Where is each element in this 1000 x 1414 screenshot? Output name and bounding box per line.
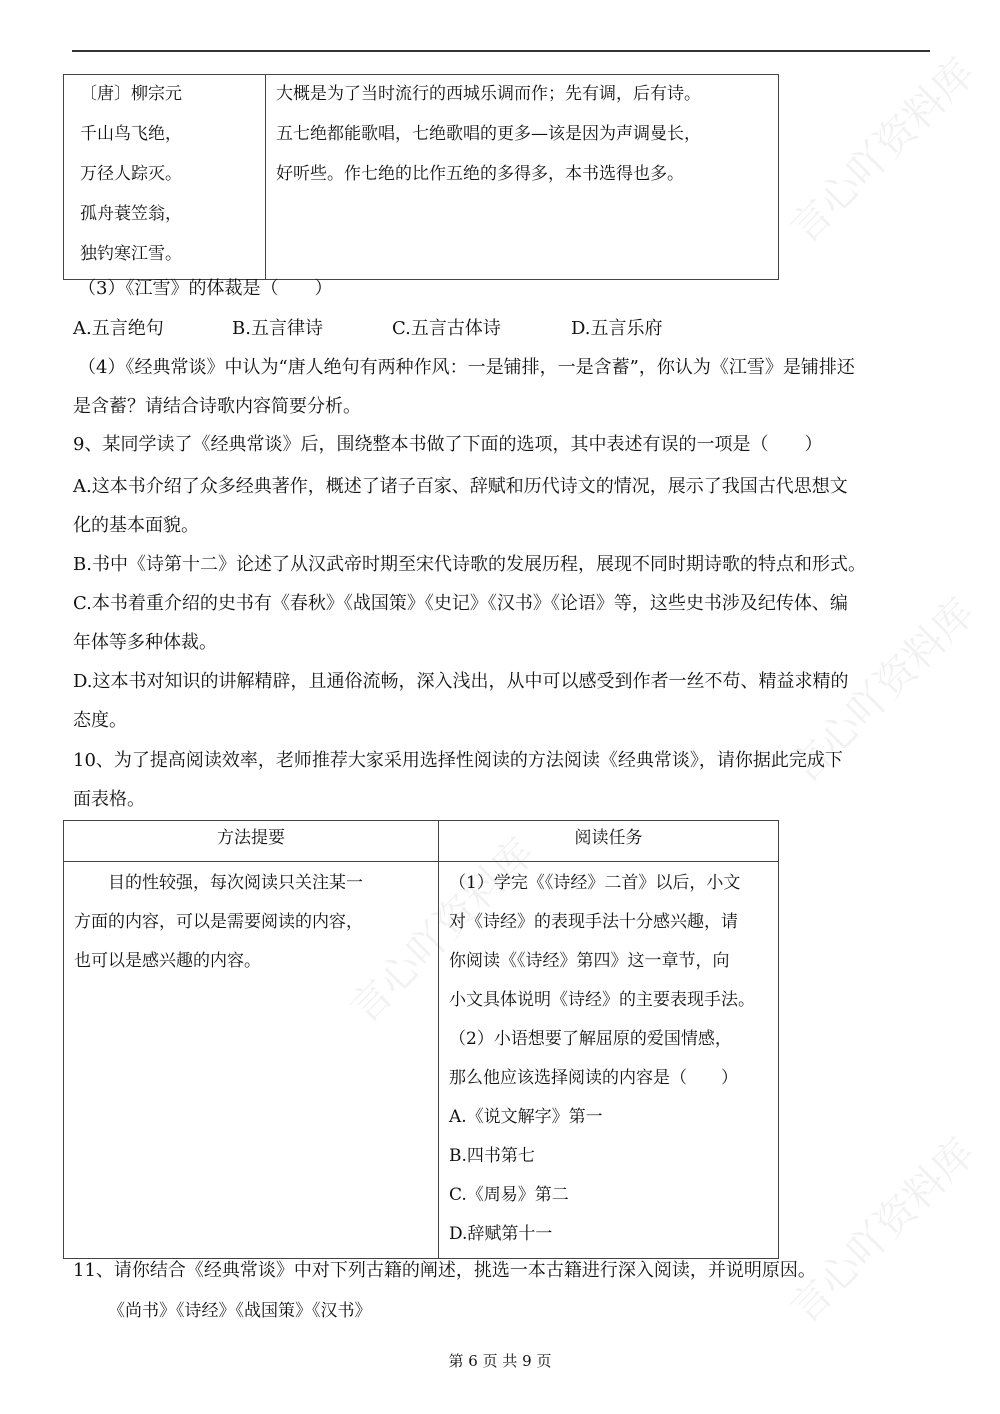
task-option: C.《周易》第二 <box>449 1180 770 1219</box>
question-8-3-options: A.五言绝句B.五言律诗C.五言古体诗D.五言乐府 <box>73 314 663 340</box>
commentary-cell: 大概是为了当时流行的西城乐调而作；先有调，后有诗。 五七绝都能歌唱，七绝歌唱的更… <box>266 75 779 280</box>
table-header-method: 方法提要 <box>64 821 439 862</box>
task-line: 对《诗经》的表现手法十分感兴趣，请 <box>449 907 770 946</box>
task-line: 小文具体说明《诗经》的主要表现手法。 <box>449 985 770 1024</box>
option-b: B.五言律诗 <box>232 314 392 340</box>
question-10-stem: 10、为了提高阅读效率，老师推荐大家采用选择性阅读的方法阅读《经典常谈》，请你据… <box>73 746 843 772</box>
poem-cell: 〔唐〕柳宗元 千山鸟飞绝， 万径人踪灭。 孤舟蓑笠翁， 独钓寒江雪。 <box>64 75 266 280</box>
reading-method-table: 方法提要 阅读任务 目的性较强，每次阅读只关注某一 方面的内容，可以是需要阅读的… <box>63 820 779 1259</box>
question-9-option-c-cont: 年体等多种体裁。 <box>73 628 217 654</box>
task-line: （2）小语想要了解屈原的爱国情感， <box>449 1024 770 1063</box>
question-11-books: 《尚书》《诗经》《战国策》《汉书》 <box>108 1296 372 1321</box>
question-8-3-stem: （3）《江雪》的体裁是（ ） <box>78 274 332 300</box>
task-line: 那么他应该选择阅读的内容是（ ） <box>449 1063 770 1102</box>
poem-line: 千山鸟飞绝， <box>80 119 265 159</box>
table-header-task: 阅读任务 <box>439 821 779 862</box>
task-option: B.四书第七 <box>449 1141 770 1180</box>
question-8-4-line: 是含蓄？请结合诗歌内容简要分析。 <box>73 392 361 418</box>
page-number: 第 6 页 共 9 页 <box>0 1350 1000 1371</box>
task-line: 你阅读《《诗经》第四》这一章节，向 <box>449 946 770 985</box>
option-d: D.五言乐府 <box>571 314 663 340</box>
method-line: 也可以是感兴趣的内容。 <box>74 946 430 985</box>
option-c: C.五言古体诗 <box>392 314 571 340</box>
question-9-option-d-cont: 态度。 <box>73 706 127 732</box>
header-rule <box>72 50 930 52</box>
commentary-line: 好听些。作七绝的比作五绝的多得多，本书选得也多。 <box>276 159 770 199</box>
question-9-option-c: C.本书着重介绍的史书有《春秋》《战国策》《史记》《汉书》《论语》等，这些史书涉… <box>73 589 848 615</box>
question-9-option-d: D.这本书对知识的讲解精辟，且通俗流畅，深入浅出，从中可以感受到作者一丝不苟、精… <box>73 667 849 693</box>
question-9-option-b: B.书中《诗第十二》论述了从汉武帝时期至宋代诗歌的发展历程，展现不同时期诗歌的特… <box>73 550 866 576</box>
question-9-stem: 9、某同学读了《经典常谈》后，围绕整本书做了下面的选项，其中表述有误的一项是（ … <box>73 430 822 456</box>
question-8-4-line: （4）《经典常谈》中认为“唐人绝句有两种作风：一是铺排，一是含蓄”，你认为《江雪… <box>78 353 855 379</box>
question-11-stem: 11、请你结合《经典常谈》中对下列古籍的阐述，挑选一本古籍进行深入阅读，并说明原… <box>73 1256 816 1282</box>
question-9-option-a: A.这本书介绍了众多经典著作，概述了诸子百家、辞赋和历代诗文的情况，展示了我国古… <box>73 472 848 498</box>
watermark: 言心吖资料库 <box>775 1123 985 1333</box>
poem-line: 独钓寒江雪。 <box>80 239 265 279</box>
option-a: A.五言绝句 <box>73 314 232 340</box>
method-cell: 目的性较强，每次阅读只关注某一 方面的内容，可以是需要阅读的内容， 也可以是感兴… <box>64 862 439 1259</box>
commentary-line: 五七绝都能歌唱，七绝歌唱的更多—该是因为声调曼长， <box>276 119 770 159</box>
method-line: 目的性较强，每次阅读只关注某一 <box>74 868 430 907</box>
poem-line: 〔唐〕柳宗元 <box>80 79 265 119</box>
task-cell: （1）学完《《诗经》二首》以后，小文 对《诗经》的表现手法十分感兴趣，请 你阅读… <box>439 862 779 1259</box>
poem-line: 万径人踪灭。 <box>80 159 265 199</box>
poem-table: 〔唐〕柳宗元 千山鸟飞绝， 万径人踪灭。 孤舟蓑笠翁， 独钓寒江雪。 大概是为了… <box>63 74 779 280</box>
commentary-line: 大概是为了当时流行的西城乐调而作；先有调，后有诗。 <box>276 79 770 119</box>
method-line: 方面的内容，可以是需要阅读的内容， <box>74 907 430 946</box>
watermark: 言心吖资料库 <box>775 43 985 253</box>
task-option: A.《说文解字》第一 <box>449 1102 770 1141</box>
question-9-option-a-cont: 化的基本面貌。 <box>73 511 199 537</box>
question-10-stem-cont: 面表格。 <box>73 785 145 811</box>
task-option: D.辞赋第十一 <box>449 1219 770 1258</box>
task-line: （1）学完《《诗经》二首》以后，小文 <box>449 868 770 907</box>
poem-line: 孤舟蓑笠翁， <box>80 199 265 239</box>
